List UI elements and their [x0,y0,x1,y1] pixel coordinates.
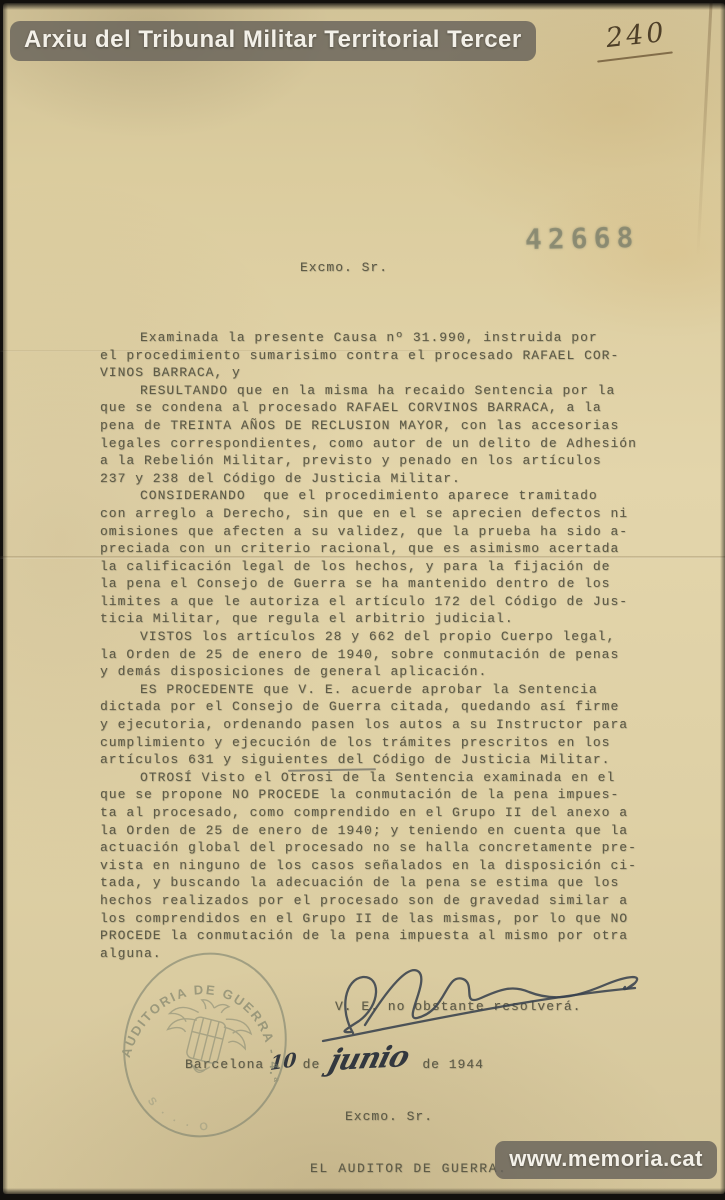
handwritten-page-number: 240 [605,17,668,54]
typed-line: y ejecutoria, ordenando pasen los autos … [100,716,675,734]
typed-line: omisiones que afecten a su validez, que … [100,523,675,541]
typed-line: la calificación legal de los hechos, y p… [100,558,675,576]
stamp-group: AUDITORIA DE GUERRA - 4.ª R S · · · O [105,945,305,1145]
website-watermark-badge: www.memoria.cat [495,1141,717,1179]
typed-line: hechos realizados por el procesado son d… [100,892,675,910]
typed-line: RESULTANDO que en la misma ha recaido Se… [100,382,675,400]
typed-line: artículos 631 y siguientes del Código de… [100,751,675,769]
typed-line: los comprendidos en el Grupo II de las m… [100,910,675,928]
auditoria-oval-stamp: AUDITORIA DE GUERRA - 4.ª R S · · · O [105,945,305,1145]
typed-line: actuación global del procesado no se hal… [100,839,675,857]
typed-line: el procedimiento sumarisimo contra el pr… [100,347,675,365]
typed-line: VINOS BARRACA, y [100,364,675,382]
typed-line: limites a que le autoriza el artículo 17… [100,593,675,611]
typed-line: con arreglo a Derecho, sin que en el se … [100,505,675,523]
typed-line: la Orden de 25 de enero de 1940, sobre c… [100,646,675,664]
typed-line: 237 y 238 del Código de Justicia Militar… [100,470,675,488]
typed-line: tada, y buscando la adecuación de la pen… [100,874,675,892]
typed-line: ES PROCEDENTE que V. E. acuerde aprobar … [100,681,675,699]
typed-line: ticia Militar, que regula el arbitrio ju… [100,610,675,628]
typed-line: legales correspondientes, como autor de … [100,435,675,453]
typed-line: dictada por el Consejo de Guerra citada,… [100,698,675,716]
typed-line: a la Rebelión Militar, previsto y penado… [100,452,675,470]
typed-line: la Orden de 25 de enero de 1940; y tenie… [100,822,675,840]
signature-ink-scrawl-icon [295,935,665,1060]
typed-line: VISTOS los artículos 28 y 662 del propio… [100,628,675,646]
typed-line: ta al procesado, como comprendido en el … [100,804,675,822]
typed-line: Examinada la presente Causa nº 31.990, i… [100,329,675,347]
typed-line: cumplimiento y ejecución de los trámites… [100,734,675,752]
typed-line: que se condena al procesado RAFAEL CORVI… [100,399,675,417]
archive-watermark-badge: Arxiu del Tribunal Militar Territorial T… [10,21,536,61]
signature-stroke-loop [345,977,376,1033]
stamp-bottom-text: S · · · O [140,1093,217,1138]
typed-line: que se propone NO PROCEDE la conmutación… [100,786,675,804]
typed-line: la pena el Consejo de Guerra se ha mante… [100,575,675,593]
salutation: Excmo. Sr. [100,259,675,277]
typed-line: preciada con un criterio racional, que e… [100,540,675,558]
signature-stroke-main [365,970,637,1025]
stamp-top-text: AUDITORIA DE GUERRA - 4.ª R [105,945,305,1096]
archival-scan-page: { "overlays": { "archive_badge": "Arxiu … [0,0,725,1200]
typed-line: pena de TREINTA AÑOS DE RECLUSION MAYOR,… [100,417,675,435]
typed-line: OTROSÍ Visto el Otrosi de la Sentencia e… [100,769,675,787]
signature-stroke-underline [323,988,635,1041]
document-paragraphs: Examinada la presente Causa nº 31.990, i… [100,329,675,962]
typed-line: y demás disposiciones de general aplicac… [100,663,675,681]
typed-line: CONSIDERANDO que el procedimiento aparec… [100,487,675,505]
typed-line: vista en ninguno de los casos señalados … [100,857,675,875]
